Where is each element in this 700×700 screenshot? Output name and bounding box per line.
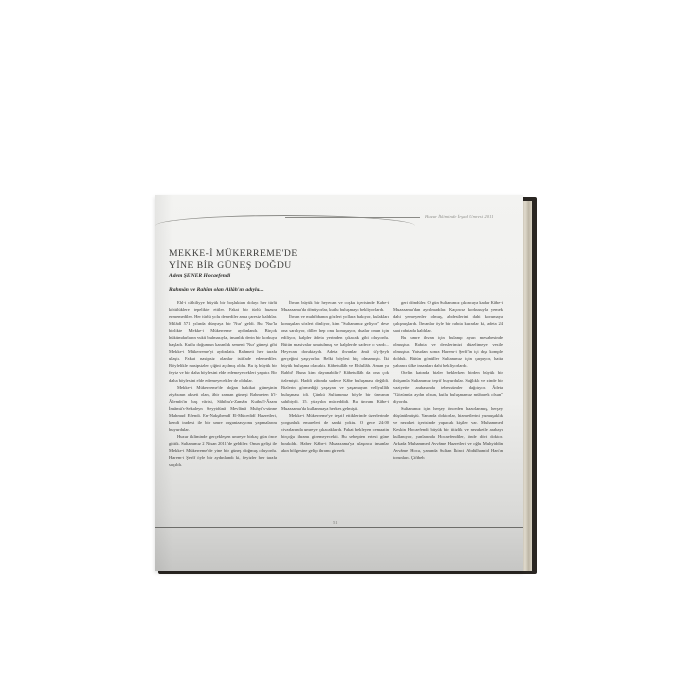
paragraph: Huzur ikliminde gerçekleşen umreye birka… <box>169 433 277 468</box>
title-line-1: MEKKE-İ MÜKERREME'DE <box>169 248 298 260</box>
paragraph: Mekke-i Mükerreme'ye teşrif ettiklerinde… <box>281 412 389 454</box>
paragraph: Mekke-i Mükerreme'de doğan hakikat güneş… <box>169 384 277 433</box>
title-line-2: YİNE BİR GÜNEŞ DOĞDU <box>169 260 298 272</box>
running-head: Huzur İkliminde İrşad Umresi 2011 <box>425 214 494 219</box>
article-title: MEKKE-İ MÜKERREME'DE YİNE BİR GÜNEŞ DOĞD… <box>169 248 298 272</box>
paragraph: Sultanımız için herşey önceden hazırlanm… <box>393 405 503 461</box>
header-rule <box>285 217 420 218</box>
paragraph: Ehl-i câhiliyye büyük bir boşluktan dola… <box>169 299 277 384</box>
text-column-3: geri döndüler. O gün Sultanımız çıkıncay… <box>393 299 503 461</box>
paragraph: geri döndüler. O gün Sultanımız çıkıncay… <box>393 299 503 334</box>
paragraph: İhvan büyük bir heyecan ve coşku içerisi… <box>281 299 389 313</box>
page-number: 51 <box>333 520 338 525</box>
paragraph: Bu umre ihvan için bulanıp ayarı mesabes… <box>393 334 503 369</box>
text-column-2: İhvan büyük bir heyecan ve coşku içerisi… <box>281 299 389 454</box>
paragraph: İhvan ve muhibbanın gözleri yollara bakı… <box>281 313 389 412</box>
basmala: Rahmân ve Rahîm olan Allâh'ın adıyla... <box>169 287 264 293</box>
book-page: Huzur İkliminde İrşad Umresi 2011 MEKKE-… <box>155 195 523 571</box>
paragraph: Otelin katında bizler beklerken birden b… <box>393 369 503 404</box>
footer-rule <box>155 527 523 528</box>
text-column-1: Ehl-i câhiliyye büyük bir boşluktan dola… <box>169 299 277 468</box>
author-byline: Adem ŞENER Hocaefendi <box>169 273 230 279</box>
